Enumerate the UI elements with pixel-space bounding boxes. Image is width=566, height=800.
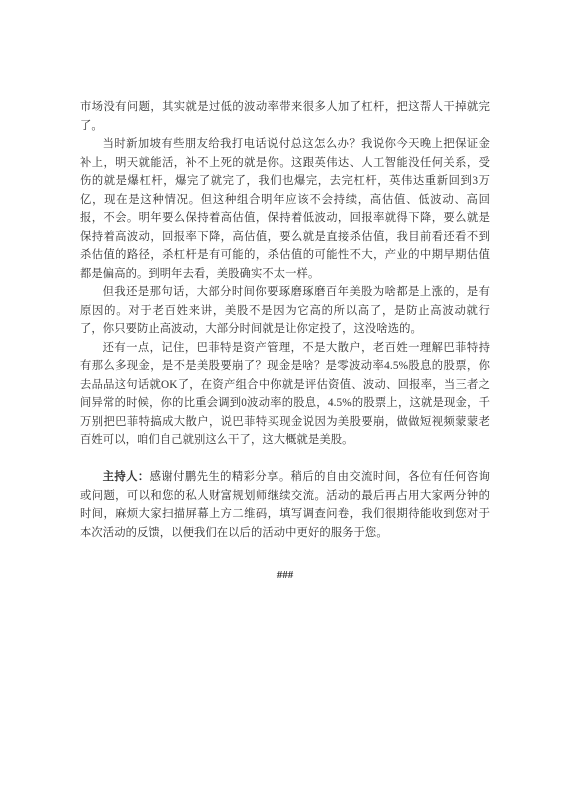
end-of-document-marker: ###: [80, 566, 490, 585]
paragraph-market: 市场没有问题，其实就是过低的波动率带来很多人加了杠杆，把这帮人干掉就完了。: [80, 98, 490, 135]
paragraph-buffett-cash: 还有一点，记住，巴菲特是资产管理，不是大散户，老百姓一理解巴菲特持有那么多现金，…: [80, 339, 490, 450]
host-label: 主持人：: [103, 471, 150, 483]
paragraph-singapore-leverage: 当时新加坡有些朋友给我打电话说付总这怎么办？我说你今天晚上把保证金补上，明天就能…: [80, 135, 490, 283]
host-paragraph: 主持人：感谢付鹏先生的精彩分享。稍后的自由交流时间，各位有任何咨询或问题，可以和…: [80, 468, 490, 542]
paragraph-us-stocks: 但我还是那句话，大部分时间你要琢磨琢磨百年美股为啥都是上涨的，是有原因的。对于老…: [80, 283, 490, 339]
document-page: 市场没有问题，其实就是过低的波动率带来很多人加了杠杆，把这帮人干掉就完了。 当时…: [0, 0, 566, 800]
